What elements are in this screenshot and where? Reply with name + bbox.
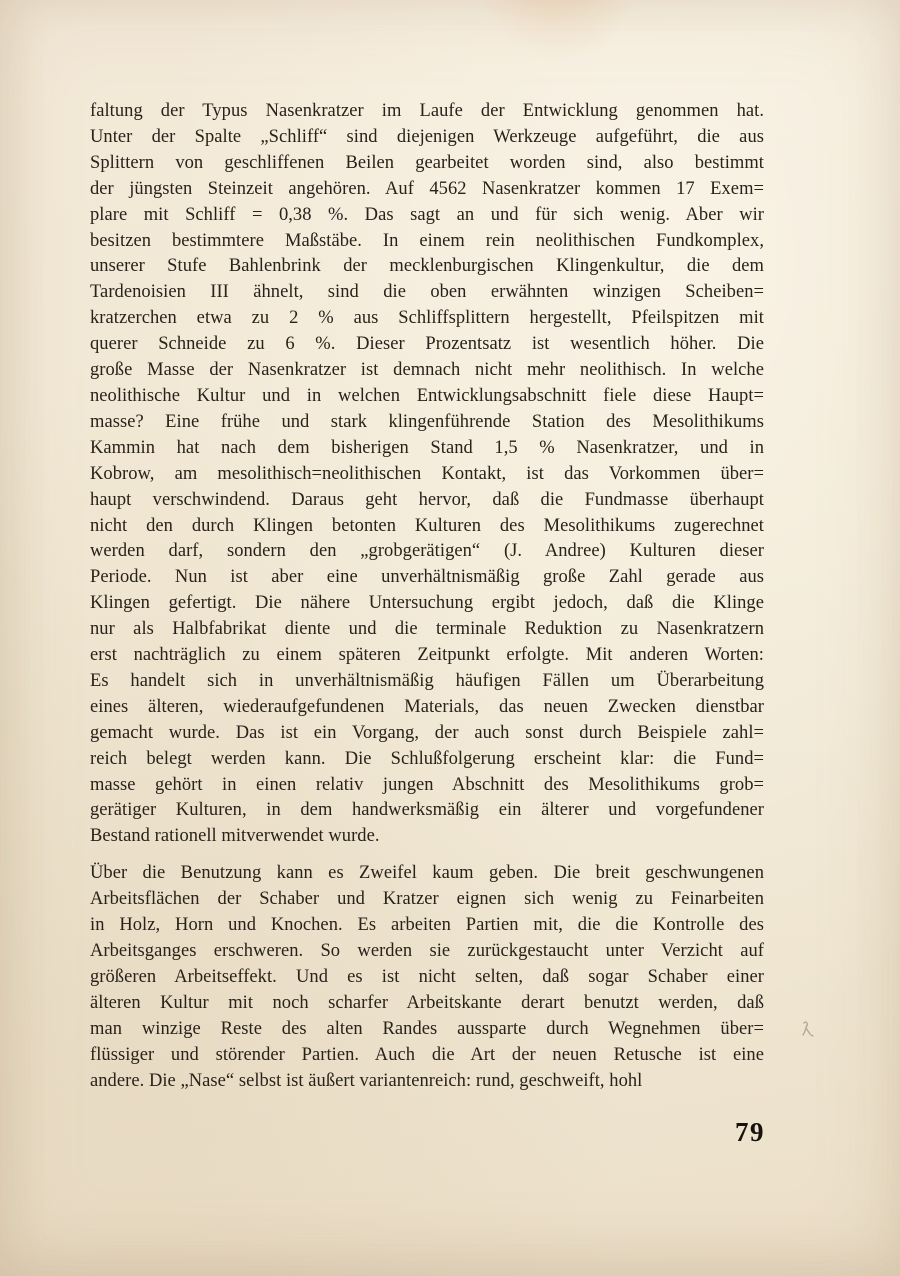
- text-line: nicht den durch Klingen betonten Kulture…: [90, 514, 764, 540]
- text-line: gerätiger Kulturen, in dem handwerksmäßi…: [90, 798, 764, 824]
- text-line: haupt verschwindend. Daraus geht hervor,…: [90, 488, 764, 514]
- text-line: querer Schneide zu 6 %. Dieser Prozentsa…: [90, 332, 764, 358]
- pencil-mark-icon: [797, 1018, 821, 1044]
- text-line: große Masse der Nasenkratzer ist demnach…: [90, 358, 764, 384]
- text-line: besitzen bestimmtere Maßstäbe. In einem …: [90, 229, 764, 255]
- text-line: nur als Halbfabrikat diente und die term…: [90, 617, 764, 643]
- text-line: Kobrow, am mesolithisch=neolithischen Ko…: [90, 462, 764, 488]
- text-line: in Holz, Horn und Knochen. Es arbeiten P…: [90, 913, 764, 939]
- text-line: reich belegt werden kann. Die Schlußfolg…: [90, 747, 764, 773]
- text-line: werden darf, sondern den „grobgerätigen“…: [90, 539, 764, 565]
- text-line: größeren Arbeitseffekt. Und es ist nicht…: [90, 965, 764, 991]
- text-line: Tardenoisien III ähnelt, sind die oben e…: [90, 280, 764, 306]
- text-line: faltung der Typus Nasenkratzer im Laufe …: [90, 99, 764, 125]
- text-line: unserer Stufe Bahlenbrink der mecklenbur…: [90, 254, 764, 280]
- text-line: andere. Die „Nase“ selbst ist äußert var…: [90, 1069, 764, 1095]
- page-number: 79: [735, 1117, 765, 1148]
- text-line: Splittern von geschliffenen Beilen gearb…: [90, 151, 764, 177]
- text-line: Unter der Spalte „Schliff“ sind diejenig…: [90, 125, 764, 151]
- body-text: faltung der Typus Nasenkratzer im Laufe …: [90, 99, 764, 1094]
- text-line: masse? Eine frühe und stark klingenführe…: [90, 410, 764, 436]
- text-line: Es handelt sich in unverhältnismäßig häu…: [90, 669, 764, 695]
- text-line: Bestand rationell mitverwendet wurde.: [90, 824, 764, 850]
- text-line: plare mit Schliff = 0,38 %. Das sagt an …: [90, 203, 764, 229]
- text-line: kratzerchen etwa zu 2 % aus Schliffsplit…: [90, 306, 764, 332]
- book-page: faltung der Typus Nasenkratzer im Laufe …: [0, 0, 900, 1276]
- text-line: Klingen gefertigt. Die nähere Untersuchu…: [90, 591, 764, 617]
- text-line: masse gehört in einen relativ jungen Abs…: [90, 773, 764, 799]
- text-line: Über die Benutzung kann es Zweifel kaum …: [90, 861, 764, 887]
- text-line: älteren Kultur mit noch scharfer Arbeits…: [90, 991, 764, 1017]
- paragraph-2: Über die Benutzung kann es Zweifel kaum …: [90, 861, 764, 1094]
- text-line: flüssiger und störender Partien. Auch di…: [90, 1043, 764, 1069]
- text-line: der jüngsten Steinzeit angehören. Auf 45…: [90, 177, 764, 203]
- text-line: Arbeitsganges erschweren. So werden sie …: [90, 939, 764, 965]
- text-line: Kammin hat nach dem bisherigen Stand 1,5…: [90, 436, 764, 462]
- text-line: Periode. Nun ist aber eine unverhältnism…: [90, 565, 764, 591]
- text-line: Arbeitsflächen der Schaber und Kratzer e…: [90, 887, 764, 913]
- paragraph-1: faltung der Typus Nasenkratzer im Laufe …: [90, 99, 764, 850]
- text-line: gemacht wurde. Das ist ein Vorgang, der …: [90, 721, 764, 747]
- text-line: erst nachträglich zu einem späteren Zeit…: [90, 643, 764, 669]
- text-line: man winzige Reste des alten Randes aussp…: [90, 1017, 764, 1043]
- text-line: eines älteren, wiederaufgefundenen Mater…: [90, 695, 764, 721]
- text-line: neolithische Kultur und in welchen Entwi…: [90, 384, 764, 410]
